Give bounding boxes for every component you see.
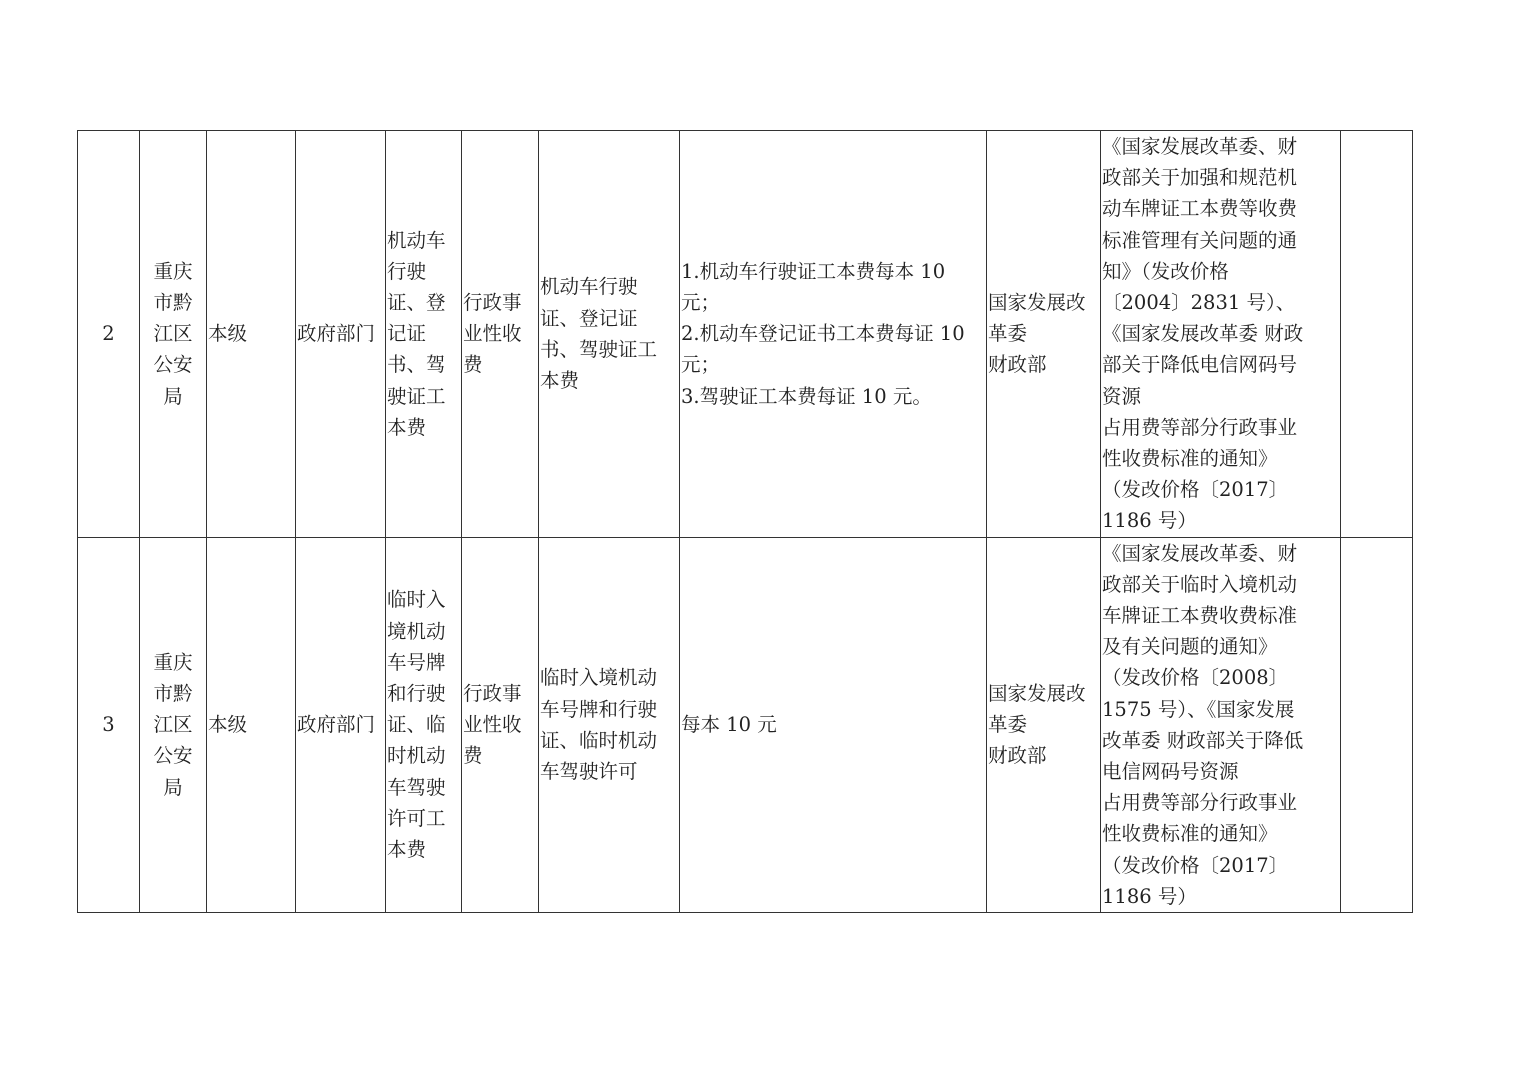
text-line: 财政部 xyxy=(988,349,1099,380)
text-line: 车驾驶许可 xyxy=(540,756,678,787)
table-row: 2 重庆市黔江区公安局 本级 政府部门 机动车行驶证、登记证书、驾驶证工本费 行… xyxy=(78,131,1413,538)
text-line: 公安 xyxy=(141,349,205,380)
text-line: 及有关问题的通知》 xyxy=(1102,631,1339,662)
text-line: 车号牌 xyxy=(387,647,460,678)
text-line: 机动车行驶 xyxy=(540,271,678,302)
text-line: 许可工 xyxy=(387,803,460,834)
fee-category-lines: 行政事业性收费 xyxy=(463,678,537,772)
charge-object-lines: 机动车行驶证、登记证书、驾驶证工本费 xyxy=(540,271,678,396)
item-name-lines: 临时入境机动车号牌和行驶证、临时机动车驾驶许可工本费 xyxy=(387,584,460,865)
cell-remark xyxy=(1341,537,1413,912)
text-line: 元； xyxy=(681,287,985,318)
cell-approver: 国家发展改革委财政部 xyxy=(987,537,1101,912)
standard-lines: 1.机动车行驶证工本费每本 10元；2.机动车登记证书工本费每证 10元；3.驾… xyxy=(681,256,985,412)
text-line: 占用费等部分行政事业 xyxy=(1102,787,1339,818)
text-line: 机动车 xyxy=(387,225,460,256)
text-line: 元； xyxy=(681,349,985,380)
text-line: 驶证工 xyxy=(387,381,460,412)
text-line: 记证 xyxy=(387,318,460,349)
text-line: 时机动 xyxy=(387,740,460,771)
text-line: 1186 号） xyxy=(1102,881,1339,912)
cell-fee-category: 行政事业性收费 xyxy=(462,131,539,538)
text-line: 本费 xyxy=(387,412,460,443)
text-line: 书、驾驶证工 xyxy=(540,334,678,365)
cell-seq: 2 xyxy=(78,131,140,538)
standard-lines: 每本 10 元 xyxy=(681,709,985,740)
text-line: 车驾驶 xyxy=(387,772,460,803)
text-line: 公安 xyxy=(141,740,205,771)
text-line: 重庆 xyxy=(141,256,205,287)
seq-text: 3 xyxy=(102,713,114,736)
text-line: 车号牌和行驶 xyxy=(540,694,678,725)
cell-item-name: 临时入境机动车号牌和行驶证、临时机动车驾驶许可工本费 xyxy=(386,537,462,912)
approver-lines: 国家发展改革委财政部 xyxy=(988,287,1099,381)
unit-type-text: 政府部门 xyxy=(297,713,375,736)
text-line: 政部关于加强和规范机 xyxy=(1102,162,1339,193)
text-line: 行驶 xyxy=(387,256,460,287)
text-line: 费 xyxy=(463,740,537,771)
text-line: 知》（发改价格 xyxy=(1102,256,1339,287)
text-line: （发改价格〔2017〕 xyxy=(1102,850,1339,881)
cell-basis: 《国家发展改革委、财政部关于临时入境机动车牌证工本费收费标准及有关问题的通知》（… xyxy=(1101,537,1341,912)
unit-type-text: 政府部门 xyxy=(297,322,375,345)
text-line: 标准管理有关问题的通 xyxy=(1102,225,1339,256)
text-line: 《国家发展改革委 财政 xyxy=(1102,318,1339,349)
text-line: 临时入境机动 xyxy=(540,662,678,693)
text-line: 费 xyxy=(463,349,537,380)
text-line: 《国家发展改革委、财 xyxy=(1102,131,1339,162)
text-line: 证、临 xyxy=(387,709,460,740)
cell-unit: 重庆市黔江区公安局 xyxy=(140,131,207,538)
text-line: 本费 xyxy=(387,834,460,865)
text-line: 革委 xyxy=(988,318,1099,349)
text-line: 2.机动车登记证书工本费每证 10 xyxy=(681,318,985,349)
text-line: 政部关于临时入境机动 xyxy=(1102,569,1339,600)
text-line: 证、登 xyxy=(387,287,460,318)
text-line: 性收费标准的通知》 xyxy=(1102,818,1339,849)
text-line: 业性收 xyxy=(463,709,537,740)
unit-lines: 重庆市黔江区公安局 xyxy=(141,256,205,412)
item-name-lines: 机动车行驶证、登记证书、驾驶证工本费 xyxy=(387,225,460,443)
cell-unit-type: 政府部门 xyxy=(296,537,386,912)
text-line: 3.驾驶证工本费每证 10 元。 xyxy=(681,381,985,412)
cell-standard: 每本 10 元 xyxy=(680,537,987,912)
text-line: 电信网码号资源 xyxy=(1102,756,1339,787)
text-line: 1.机动车行驶证工本费每本 10 xyxy=(681,256,985,287)
text-line: 革委 xyxy=(988,709,1099,740)
charge-object-lines: 临时入境机动车号牌和行驶证、临时机动车驾驶许可 xyxy=(540,662,678,787)
cell-fee-category: 行政事业性收费 xyxy=(462,537,539,912)
cell-basis: 《国家发展改革委、财政部关于加强和规范机动车牌证工本费等收费标准管理有关问题的通… xyxy=(1101,131,1341,538)
seq-text: 2 xyxy=(102,322,114,345)
approver-lines: 国家发展改革委财政部 xyxy=(988,678,1099,772)
basis-lines: 《国家发展改革委、财政部关于加强和规范机动车牌证工本费等收费标准管理有关问题的通… xyxy=(1102,131,1339,537)
level-text: 本级 xyxy=(208,713,247,736)
text-line: 国家发展改 xyxy=(988,678,1099,709)
cell-level: 本级 xyxy=(207,537,296,912)
text-line: 本费 xyxy=(540,365,678,396)
text-line: （发改价格〔2008〕 xyxy=(1102,662,1339,693)
basis-lines: 《国家发展改革委、财政部关于临时入境机动车牌证工本费收费标准及有关问题的通知》（… xyxy=(1102,538,1339,912)
text-line: 业性收 xyxy=(463,318,537,349)
text-line: 国家发展改 xyxy=(988,287,1099,318)
cell-unit-type: 政府部门 xyxy=(296,131,386,538)
text-line: 局 xyxy=(141,772,205,803)
cell-item-name: 机动车行驶证、登记证书、驾驶证工本费 xyxy=(386,131,462,538)
cell-charge-object: 机动车行驶证、登记证书、驾驶证工本费 xyxy=(539,131,680,538)
cell-level: 本级 xyxy=(207,131,296,538)
text-line: 资源 xyxy=(1102,381,1339,412)
unit-lines: 重庆市黔江区公安局 xyxy=(141,647,205,803)
cell-charge-object: 临时入境机动车号牌和行驶证、临时机动车驾驶许可 xyxy=(539,537,680,912)
text-line: 1186 号） xyxy=(1102,505,1339,536)
text-line: 和行驶 xyxy=(387,678,460,709)
cell-remark xyxy=(1341,131,1413,538)
text-line: 局 xyxy=(141,381,205,412)
text-line: 每本 10 元 xyxy=(681,709,985,740)
table-row: 3 重庆市黔江区公安局 本级 政府部门 临时入境机动车号牌和行驶证、临时机动车驾… xyxy=(78,537,1413,912)
cell-seq: 3 xyxy=(78,537,140,912)
cell-unit: 重庆市黔江区公安局 xyxy=(140,537,207,912)
text-line: 部关于降低电信网码号 xyxy=(1102,349,1339,380)
text-line: 改革委 财政部关于降低 xyxy=(1102,725,1339,756)
text-line: 市黔 xyxy=(141,287,205,318)
fee-category-lines: 行政事业性收费 xyxy=(463,287,537,381)
cell-standard: 1.机动车行驶证工本费每本 10元；2.机动车登记证书工本费每证 10元；3.驾… xyxy=(680,131,987,538)
text-line: 江区 xyxy=(141,318,205,349)
text-line: 占用费等部分行政事业 xyxy=(1102,412,1339,443)
text-line: 〔2004〕2831 号）、 xyxy=(1102,287,1339,318)
text-line: 书、驾 xyxy=(387,349,460,380)
text-line: 境机动 xyxy=(387,616,460,647)
text-line: 车牌证工本费收费标准 xyxy=(1102,600,1339,631)
level-text: 本级 xyxy=(208,322,247,345)
text-line: 性收费标准的通知》 xyxy=(1102,443,1339,474)
text-line: 行政事 xyxy=(463,678,537,709)
text-line: 市黔 xyxy=(141,678,205,709)
text-line: 重庆 xyxy=(141,647,205,678)
text-line: 《国家发展改革委、财 xyxy=(1102,538,1339,569)
text-line: 证、临时机动 xyxy=(540,725,678,756)
text-line: 临时入 xyxy=(387,584,460,615)
text-line: （发改价格〔2017〕 xyxy=(1102,474,1339,505)
text-line: 江区 xyxy=(141,709,205,740)
cell-approver: 国家发展改革委财政部 xyxy=(987,131,1101,538)
text-line: 动车牌证工本费等收费 xyxy=(1102,193,1339,224)
text-line: 证、登记证 xyxy=(540,303,678,334)
text-line: 1575 号）、《国家发展 xyxy=(1102,694,1339,725)
text-line: 财政部 xyxy=(988,740,1099,771)
fee-table: 2 重庆市黔江区公安局 本级 政府部门 机动车行驶证、登记证书、驾驶证工本费 行… xyxy=(77,130,1413,913)
text-line: 行政事 xyxy=(463,287,537,318)
